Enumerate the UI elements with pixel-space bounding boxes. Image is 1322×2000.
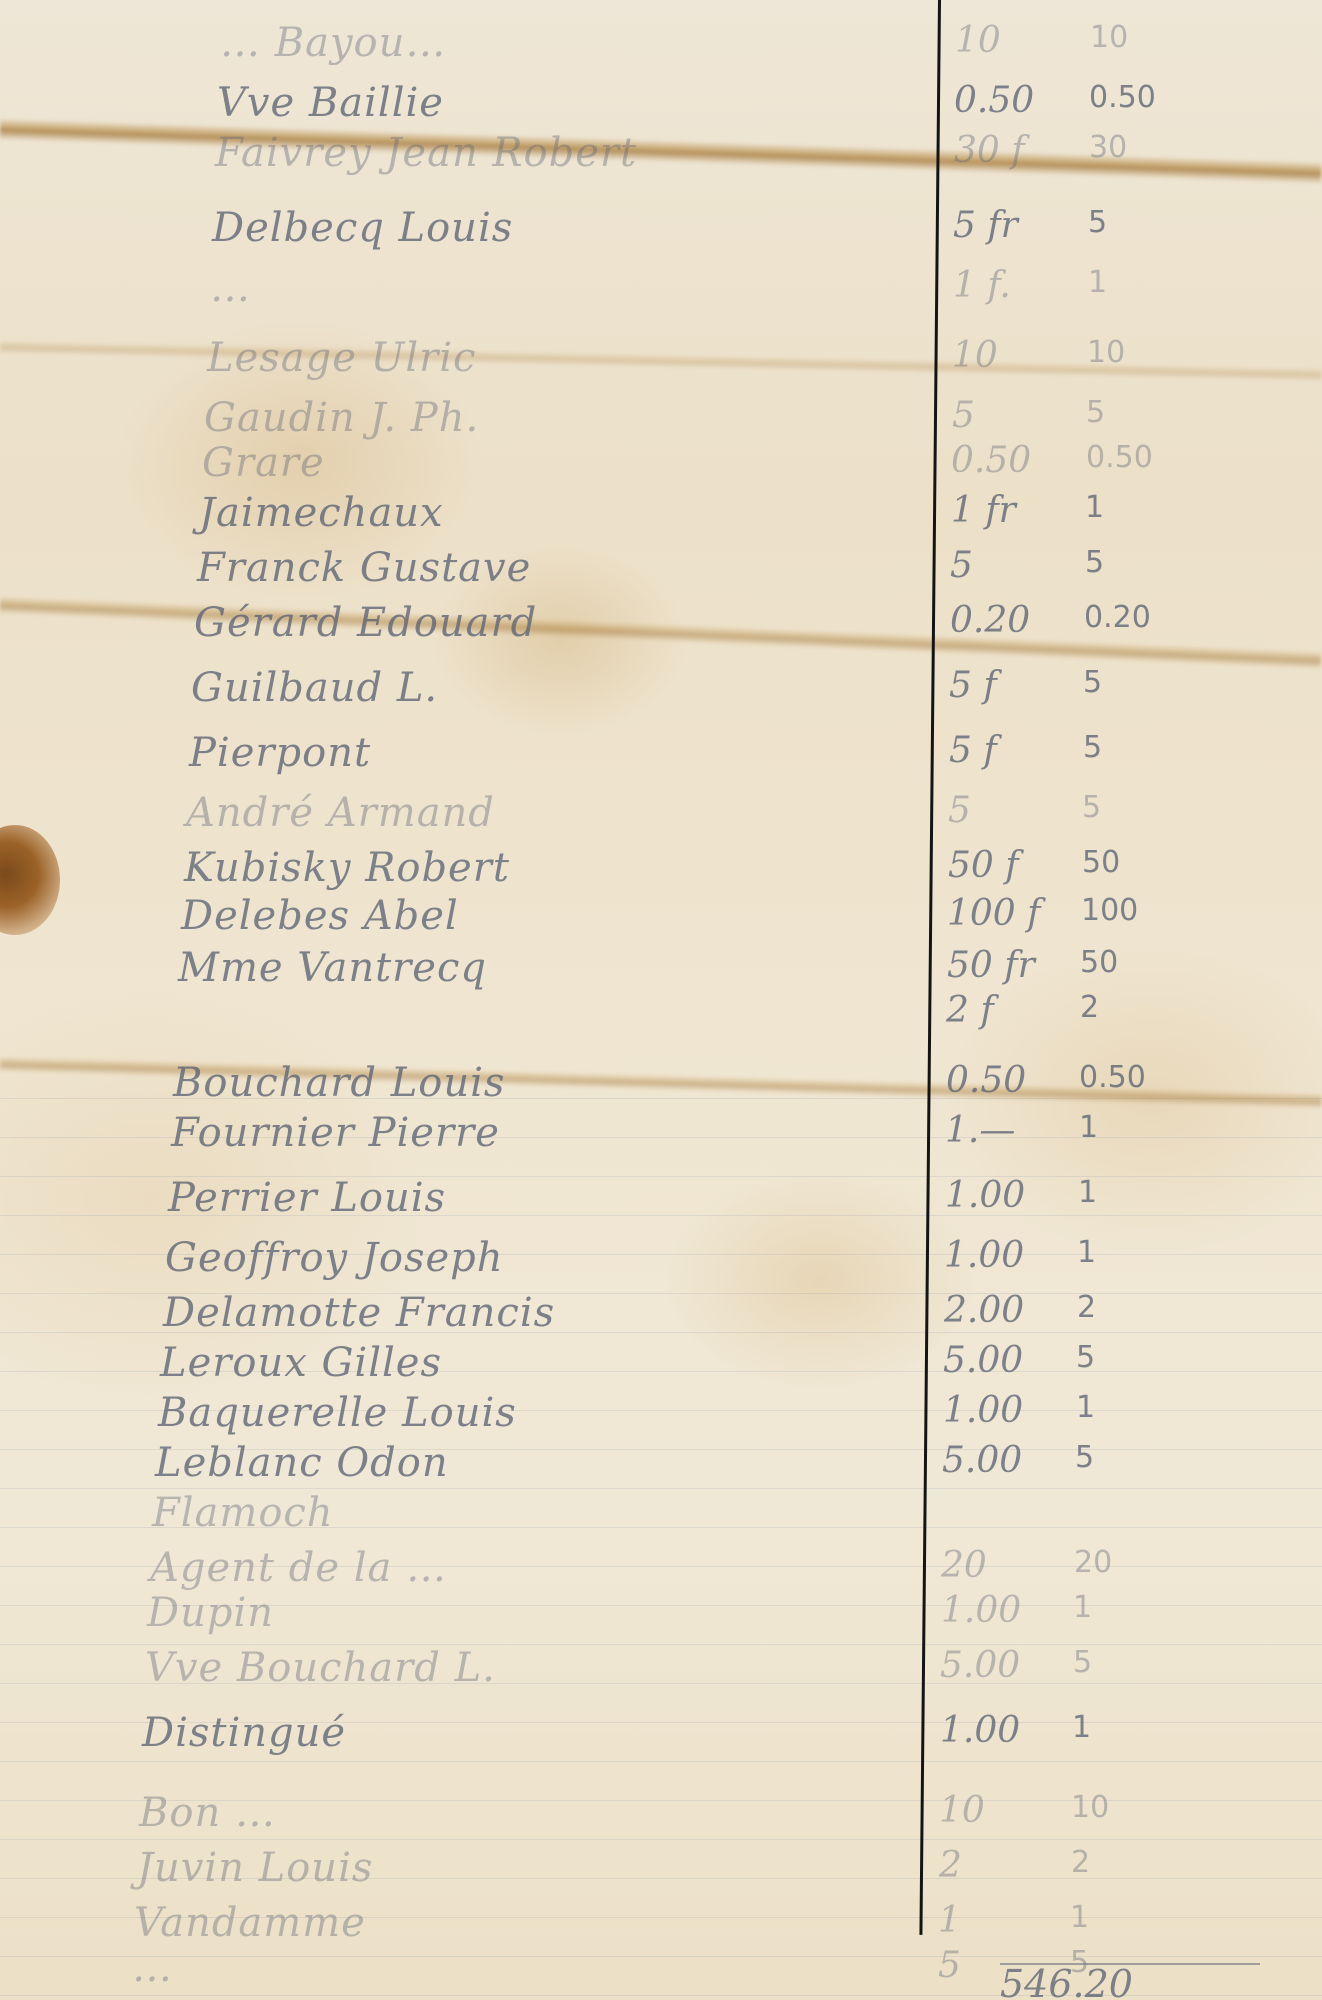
entry-amount: 1.00 [945,1175,1025,1216]
entry-value: 5 [1085,545,1104,580]
entry-value: 0.50 [1089,80,1156,115]
entry-amount: 0.50 [951,440,1031,481]
entry-name: Perrier Louis [168,1175,446,1221]
entry-value: 0.50 [1086,440,1153,475]
entry-amount: 1.00 [944,1235,1024,1276]
entry-value: 1 [1088,265,1107,300]
entry-amount: 10 [955,20,1001,61]
entry-amount: 2.00 [944,1290,1024,1331]
entry-value: 0.20 [1084,600,1151,635]
entry-amount: 1.00 [943,1390,1023,1431]
entry-value: 1 [1078,1175,1097,1210]
entry-amount: 5.00 [942,1440,1022,1481]
entry-value: 20 [1074,1545,1112,1580]
entry-name: Mme Vantrecq [178,945,487,991]
entry-amount: 10 [952,335,998,376]
entry-value: 1 [1077,1235,1096,1270]
entry-name: Grare [202,440,325,486]
ledger-total: 546.20 [1000,1962,1133,2000]
entry-value: 5 [1083,665,1102,700]
entry-name: Vandamme [134,1900,366,1946]
entry-name: Baquerelle Louis [158,1390,517,1436]
entry-amount: 30 f [954,130,1025,171]
entry-value: 5 [1075,1440,1094,1475]
entry-value: 5 [1088,205,1107,240]
entry-value: 0.50 [1079,1060,1146,1095]
entry-name: André Armand [186,790,495,836]
entry-amount: 10 [939,1790,985,1831]
entry-amount: 5 f [949,730,997,771]
entry-name: Gaudin J. Ph. [204,395,479,441]
entry-name: Leblanc Odon [155,1440,449,1486]
entry-amount: 5 fr [953,205,1018,246]
entry-name: Bouchard Louis [173,1060,505,1106]
entry-value: 10 [1087,335,1125,370]
entry-value: 5 [1073,1645,1092,1680]
entry-name: Guilbaud L. [191,665,438,711]
entry-name: … [132,1945,173,1991]
entry-name: Dupin [147,1590,274,1636]
entry-amount: 5.00 [943,1340,1023,1381]
entry-name: Juvin Louis [137,1845,373,1891]
entry-amount: 50 f [948,845,1019,886]
entry-value: 10 [1071,1790,1109,1825]
entry-name: Fournier Pierre [171,1110,500,1156]
entry-name: Delbecq Louis [212,205,513,251]
entry-value: 1 [1085,490,1104,525]
entry-name: Vve Bouchard L. [145,1645,496,1691]
entry-amount: 2 [939,1845,962,1886]
entry-name: … Bayou… [220,20,446,66]
entry-name: Faivrey Jean Robert [215,130,637,176]
entry-value: 5 [1082,790,1101,825]
entry-amount: 1 fr [951,490,1016,531]
entry-amount: 5 [950,545,973,586]
entry-name: Bon … [139,1790,276,1836]
entry-value: 1 [1079,1110,1098,1145]
entry-value: 1 [1070,1900,1089,1935]
entry-amount: 5 f [949,665,997,706]
entry-name: Vve Baillie [217,80,444,126]
entry-value: 1 [1072,1710,1091,1745]
entry-name: Franck Gustave [197,545,531,591]
entry-amount: 0.50 [954,80,1034,121]
entry-amount: 1.— [945,1110,1015,1151]
entry-name: Gérard Edouard [194,600,537,646]
entry-amount: 5 [948,790,971,831]
entry-value: 2 [1080,990,1099,1025]
entry-amount: 0.20 [950,600,1030,641]
entry-name: Agent de la … [150,1545,447,1591]
entry-amount: 5 [952,395,975,436]
entry-value: 10 [1090,20,1128,55]
entry-name: Delamotte Francis [163,1290,555,1336]
entry-name: Distingué [142,1710,346,1756]
entry-amount: 20 [941,1545,987,1586]
entry-amount: 1 f. [953,265,1011,306]
entry-value: 1 [1076,1390,1095,1425]
entry-amount: 100 f [947,893,1040,934]
entry-value: 30 [1089,130,1127,165]
entry-value: 50 [1080,945,1118,980]
entry-amount: 50 fr [947,945,1035,986]
entry-value: 100 [1081,893,1138,928]
entry-name: Lesage Ulric [207,335,476,381]
entry-amount: 1.00 [940,1710,1020,1751]
entry-amount: 0.50 [946,1060,1026,1101]
entry-amount: 2 f [946,990,994,1031]
entry-value: 2 [1077,1290,1096,1325]
entry-amount: 5 [938,1945,961,1986]
entry-value: 50 [1082,845,1120,880]
entry-name: Delebes Abel [181,893,459,939]
entry-value: 2 [1071,1845,1090,1880]
entry-amount: 1.00 [941,1590,1021,1631]
entry-amount: 5.00 [940,1645,1020,1686]
entry-name: Kubisky Robert [184,845,510,891]
entry-name: Pierpont [189,730,371,776]
entry-name: … [210,265,251,311]
entry-value: 5 [1083,730,1102,765]
entry-name: Jaimechaux [199,490,444,536]
entry-value: 5 [1076,1340,1095,1375]
entry-name: Leroux Gilles [160,1340,442,1386]
entry-name: Flamoch [152,1490,334,1536]
entry-name: Geoffroy Joseph [165,1235,504,1281]
entry-amount: 1 [938,1900,961,1941]
entry-value: 1 [1073,1590,1092,1625]
entry-value: 5 [1086,395,1105,430]
